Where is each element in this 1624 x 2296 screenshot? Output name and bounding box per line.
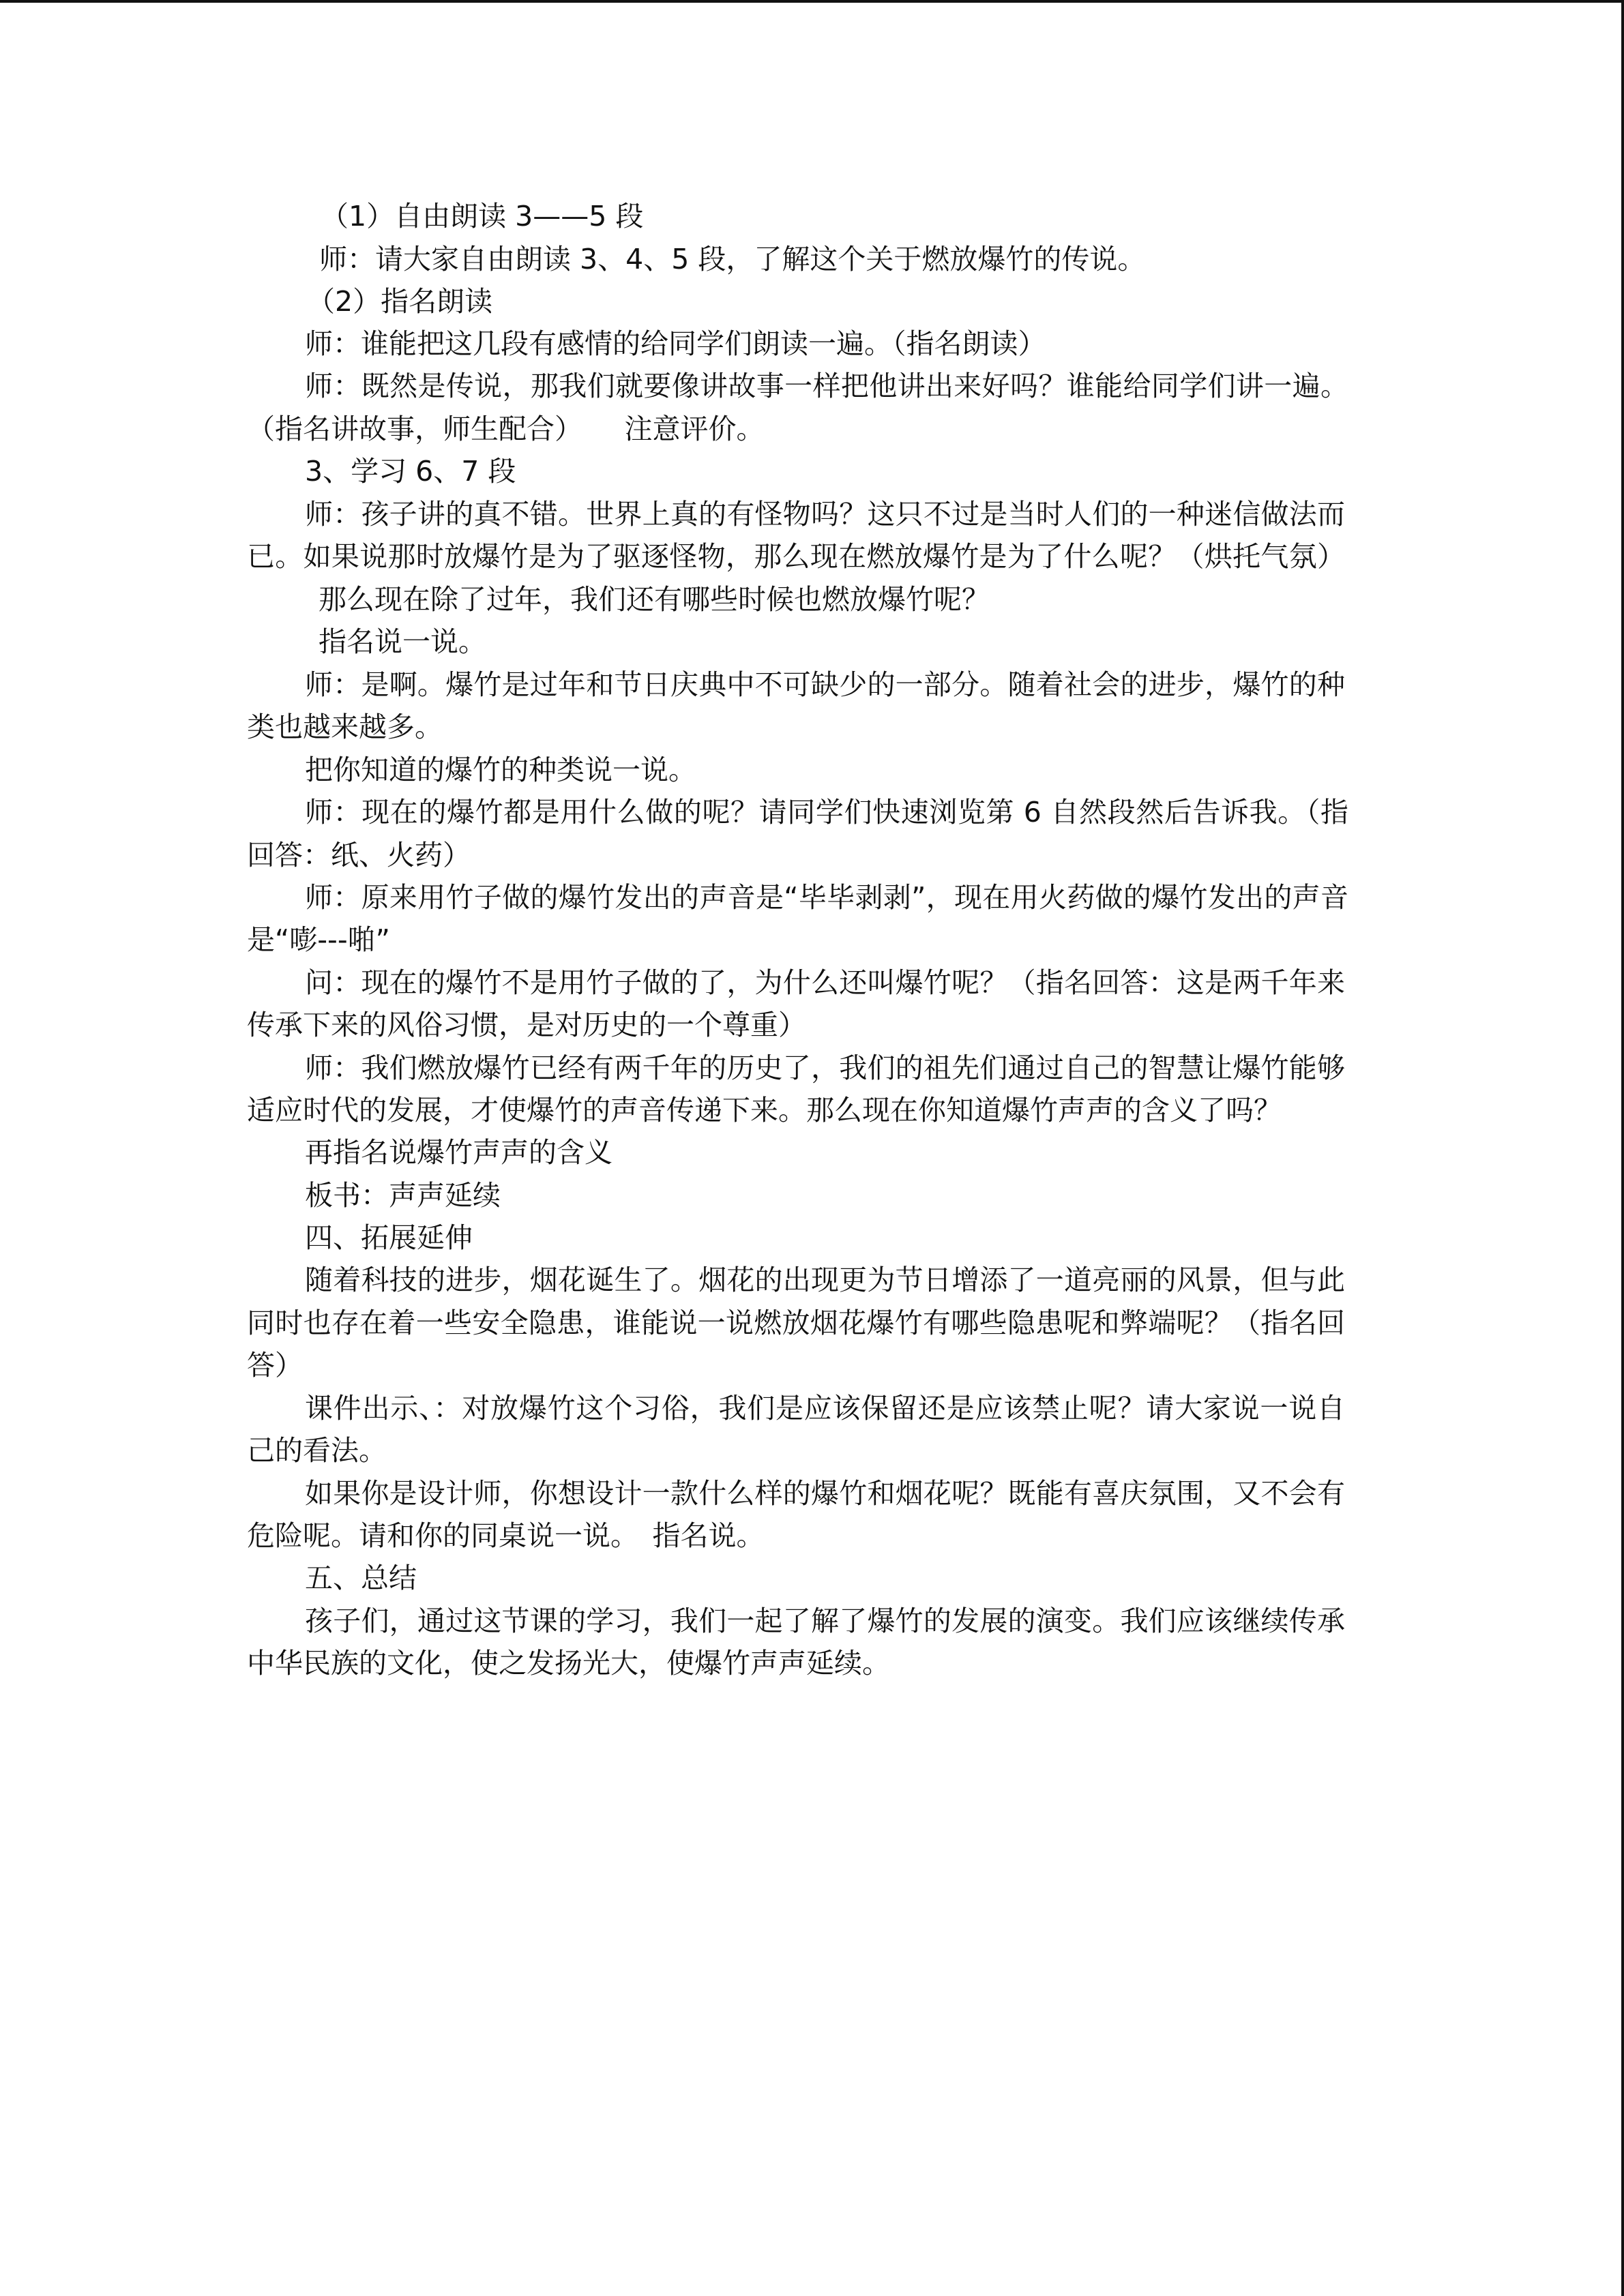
text-line: 那么现在除了过年，我们还有哪些时候也燃放爆竹呢？ (319, 582, 990, 617)
text-line: 3、学习 6、7 段 (305, 453, 516, 489)
text-line: 板书：声声延续 (305, 1178, 501, 1213)
text-line: （指名讲故事，师生配合） 注意评价。 (247, 411, 765, 447)
text-line: 己的看法。 (247, 1433, 387, 1468)
text-line: 指名说一说。 (319, 624, 486, 659)
document-page: （1）自由朗读 3——5 段师：请大家自由朗读 3、4、5 段，了解这个关于燃放… (0, 0, 1624, 2296)
text-line: （2）指名朗读 (307, 284, 492, 319)
text-line: 类也越来越多。 (247, 709, 443, 745)
text-line: 五、总结 (305, 1560, 417, 1596)
text-line: 师：孩子讲的真不错。世界上真的有怪物吗？这只不过是当时人们的一种迷信做法而 (305, 496, 1345, 532)
text-line: 把你知道的爆竹的种类说一说。 (305, 752, 696, 788)
text-line: 是“嘭---啪” (247, 922, 390, 957)
text-line: 已。如果说那时放爆竹是为了驱逐怪物，那么现在燃放爆竹是为了什么呢？（烘托气氛） (247, 539, 1345, 574)
text-line: 答） (247, 1347, 303, 1383)
text-line: （1）自由朗读 3——5 段 (321, 198, 643, 234)
text-line: 师：既然是传说，那我们就要像讲故事一样把他讲出来好吗？谁能给同学们讲一遍。 (305, 368, 1348, 404)
text-line: 回答：纸、火药） (247, 837, 471, 873)
text-line: 传承下来的风俗习惯，是对历史的一个尊重） (247, 1007, 806, 1043)
text-line: 随着科技的进步，烟花诞生了。烟花的出现更为节日增添了一道亮丽的风景，但与此 (305, 1262, 1345, 1298)
text-line: 师：原来用竹子做的爆竹发出的声音是“毕毕剥剥”，现在用火药做的爆竹发出的声音 (305, 880, 1348, 915)
text-line: 师：我们燃放爆竹已经有两千年的历史了，我们的祖先们通过自己的智慧让爆竹能够 (305, 1050, 1345, 1086)
text-line: 师：谁能把这几段有感情的给同学们朗读一遍。（指名朗读） (305, 326, 1046, 361)
text-line: 孩子们，通过这节课的学习，我们一起了解了爆竹的发展的演变。我们应该继续传承 (305, 1603, 1345, 1639)
text-line: 适应时代的发展，才使爆竹的声音传递下来。那么现在你知道爆竹声声的含义了吗？ (247, 1092, 1282, 1128)
text-line: 问：现在的爆竹不是用竹子做的了，为什么还叫爆竹呢？（指名回答：这是两千年来 (305, 965, 1345, 1000)
text-line: 课件出示、：对放爆竹这个习俗，我们是应该保留还是应该禁止呢？请大家说一说自 (305, 1390, 1345, 1426)
text-line: 危险呢。请和你的同桌说一说。 指名说。 (247, 1518, 765, 1553)
text-line: 中华民族的文化，使之发扬光大，使爆竹声声延续。 (247, 1645, 890, 1681)
text-line: 再指名说爆竹声声的含义 (305, 1135, 612, 1170)
text-line: 师：现在的爆竹都是用什么做的呢？请同学们快速浏览第 6 自然段然后告诉我。（指名 (305, 794, 1348, 830)
text-line: 同时也存在着一些安全隐患，谁能说一说燃放烟花爆竹有哪些隐患呢和弊端呢？（指名回 (247, 1305, 1345, 1341)
text-line: 如果你是设计师，你想设计一款什么样的爆竹和烟花呢？既能有喜庆氛围，又不会有 (305, 1476, 1345, 1511)
text-line: 师：是啊。爆竹是过年和节日庆典中不可缺少的一部分。随着社会的进步，爆竹的种 (305, 667, 1345, 702)
text-line: 师：请大家自由朗读 3、4、5 段，了解这个关于燃放爆竹的传说。 (319, 241, 1145, 277)
text-line: 四、拓展延伸 (305, 1220, 473, 1255)
